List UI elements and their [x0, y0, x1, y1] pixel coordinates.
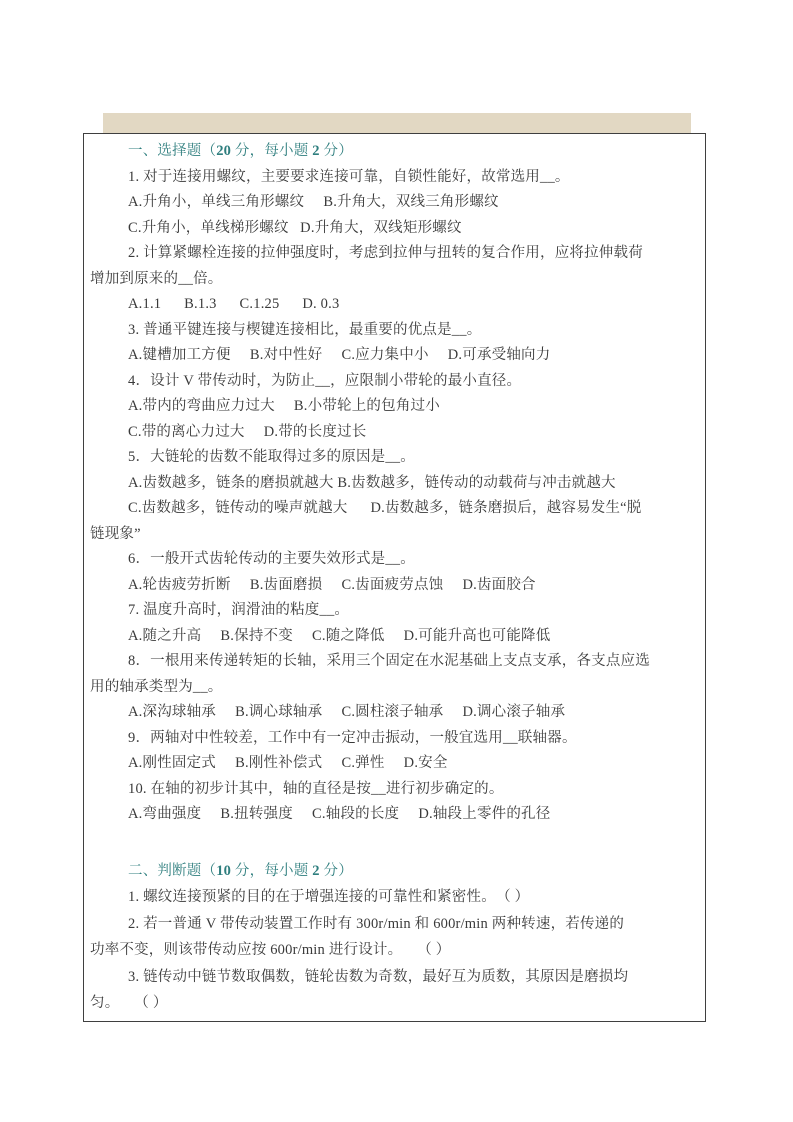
question-line: 2. 若一普通 V 带传动装置工作时有 300r/min 和 600r/min …: [90, 911, 699, 938]
question-wrap-line: 用的轴承类型为__。: [90, 675, 699, 701]
options-line: A.升角小，单线三角形螺纹 B.升角大，双线三角形螺纹: [90, 190, 699, 216]
options-line: A.深沟球轴承 B.调心球轴承 C.圆柱滚子轴承 D.调心滚子轴承: [90, 700, 699, 726]
options-line: C.带的离心力过大 D.带的长度过长: [90, 420, 699, 446]
question-wrap-line: 增加到原来的__倍。: [90, 267, 699, 293]
document-page: 一、选择题（20 分，每小题 2 分）1. 对于连接用螺纹，主要要求连接可靠，自…: [0, 0, 793, 1122]
options-line: A.齿数越多，链条的磨损就越大 B.齿数越多，链传动的动载荷与冲击就越大: [90, 471, 699, 497]
heading-points-number: 2: [312, 863, 319, 879]
options-line: A.弯曲强度 B.扭转强度 C.轴段的长度 D.轴段上零件的孔径: [90, 802, 699, 828]
question-line: 8．一根用来传递转矩的长轴，采用三个固定在水泥基础上支点支承，各支点应选: [90, 649, 699, 675]
heading-text: 分，每小题: [231, 143, 312, 159]
section-choice-questions: 一、选择题（20 分，每小题 2 分）1. 对于连接用螺纹，主要要求连接可靠，自…: [90, 139, 699, 828]
options-line: C.齿数越多，链传动的噪声就越大 D.齿数越多，链条磨损后，越容易发生“脱: [90, 496, 699, 522]
question-line: 7. 温度升高时，润滑油的粘度__。: [90, 598, 699, 624]
section-heading: 一、选择题（20 分，每小题 2 分）: [90, 139, 699, 165]
heading-points-number: 2: [312, 143, 319, 159]
question-line: 1. 螺纹连接预紧的目的在于增强连接的可靠性和紧密性。 （ ）: [90, 884, 699, 911]
heading-text: 分）: [320, 143, 353, 159]
question-line: 10. 在轴的初步计其中，轴的直径是按__进行初步确定的。: [90, 777, 699, 803]
options-line: A.带内的弯曲应力过大 B.小带轮上的包角过小: [90, 394, 699, 420]
heading-text: 一、选择题（: [128, 143, 216, 159]
options-line: A.轮齿疲劳折断 B.齿面磨损 C.齿面疲劳点蚀 D.齿面胶合: [90, 573, 699, 599]
question-line: 2. 计算紧螺栓连接的拉伸强度时，考虑到拉伸与扭转的复合作用，应将拉伸载荷: [90, 241, 699, 267]
heading-points-number: 10: [216, 863, 231, 879]
heading-text: 分，每小题: [231, 863, 312, 879]
options-wrap-line: 链现象”: [90, 522, 699, 548]
header-highlight-bar: [103, 113, 691, 133]
heading-points-number: 20: [216, 143, 231, 159]
heading-text: 分）: [320, 863, 353, 879]
exam-sheet: 一、选择题（20 分，每小题 2 分）1. 对于连接用螺纹，主要要求连接可靠，自…: [83, 133, 706, 1022]
options-line: A.1.1 B.1.3 C.1.25 D. 0.3: [90, 292, 699, 318]
options-line: A.键槽加工方便 B.对中性好 C.应力集中小 D.可承受轴向力: [90, 343, 699, 369]
question-line: 4．设计 V 带传动时，为防止__，应限制小带轮的最小直径。: [90, 369, 699, 395]
question-line: 1. 对于连接用螺纹，主要要求连接可靠，自锁性能好，故常选用__。: [90, 165, 699, 191]
section-judge-questions: 二、判断题（10 分，每小题 2 分）1. 螺纹连接预紧的目的在于增强连接的可靠…: [90, 858, 699, 1017]
options-line: A.随之升高 B.保持不变 C.随之降低 D.可能升高也可能降低: [90, 624, 699, 650]
question-wrap-line: 匀。 （ ）: [90, 990, 699, 1017]
options-line: C.升角小，单线梯形螺纹 D.升角大，双线矩形螺纹: [90, 216, 699, 242]
options-line: A.刚性固定式 B.刚性补偿式 C.弹性 D.安全: [90, 751, 699, 777]
question-line: 3. 普通平键连接与楔键连接相比，最重要的优点是__。: [90, 318, 699, 344]
section-heading: 二、判断题（10 分，每小题 2 分）: [90, 858, 699, 885]
heading-text: 二、判断题（: [128, 863, 216, 879]
question-wrap-line: 功率不变，则该带传动应按 600r/min 进行设计。 （ ）: [90, 937, 699, 964]
question-line: 5．大链轮的齿数不能取得过多的原因是__。: [90, 445, 699, 471]
question-line: 3. 链传动中链节数取偶数，链轮齿数为奇数，最好互为质数，其原因是磨损均: [90, 964, 699, 991]
question-line: 6．一般开式齿轮传动的主要失效形式是__。: [90, 547, 699, 573]
question-line: 9．两轴对中性较差，工作中有一定冲击振动，一般宜选用__联轴器。: [90, 726, 699, 752]
